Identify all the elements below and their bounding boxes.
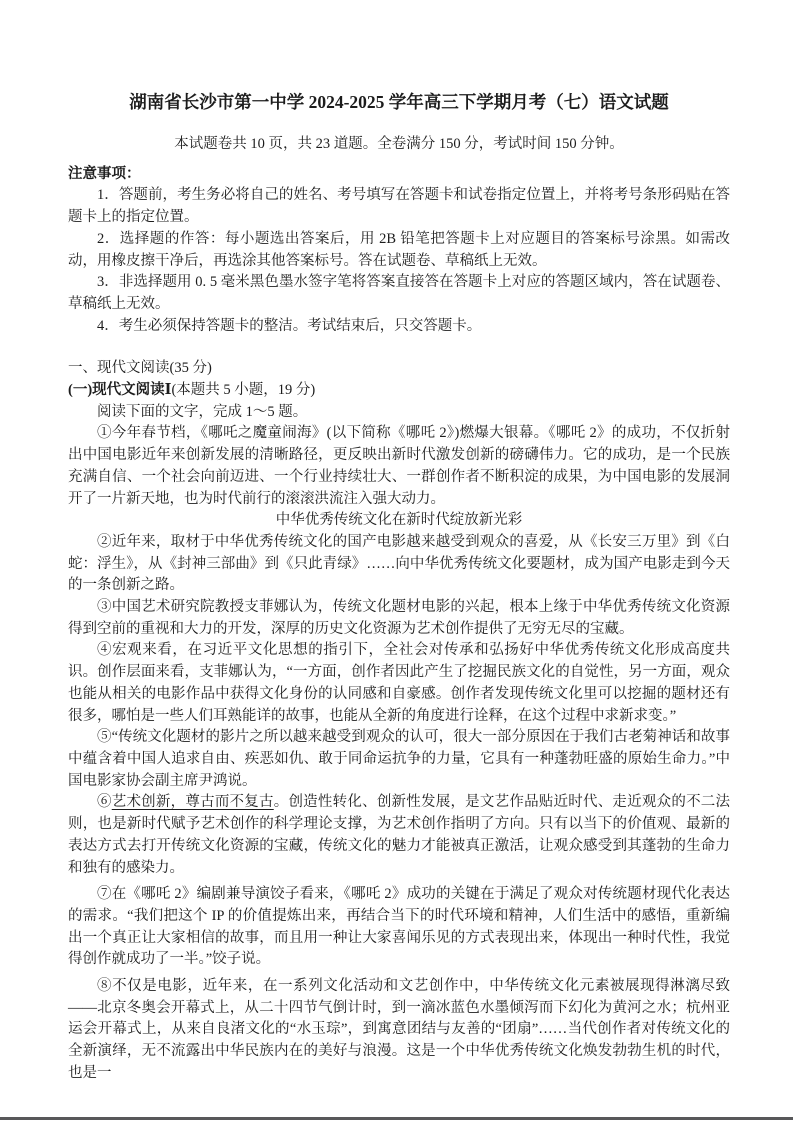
article-centered-heading: 中华优秀传统文化在新时代绽放新光彩	[68, 510, 730, 532]
article-paragraph-6: ⑥艺术创新，尊古而不复古。创造性转化、创新性发展，是文艺作品贴近时代、走近观众的…	[68, 792, 730, 879]
exam-paper-page: 湖南省长沙市第一中学 2024-2025 学年高三下学期月考（七）语文试题 本试…	[68, 90, 730, 1085]
paragraph-6-underlined-phrase: 艺术创新，尊古而不复古	[112, 794, 274, 810]
exam-meta-line: 本试题卷共 10 页，共 23 道题。全卷满分 150 分，考试时间 150 分…	[68, 134, 730, 156]
article-paragraph-5: ⑤“传统文化题材的影片之所以越来越受到观众的认可，很大一部分原因在于我们古老菊神…	[68, 727, 730, 792]
notice-item-4: 4．考生必须保持答题卡的整洁。考试结束后，只交答题卡。	[68, 316, 730, 338]
notice-header: 注意事项：	[68, 164, 730, 186]
subsection-title: (一)现代文阅读Ⅰ	[68, 382, 171, 398]
article-paragraph-7: ⑦在《哪吒 2》编剧兼导演饺子看来，《哪吒 2》成功的关键在于满足了观众对传统题…	[68, 884, 730, 971]
reading-instruction: 阅读下面的文字，完成 1～5 题。	[68, 402, 730, 424]
section-heading-modern-reading: 一、现代文阅读(35 分)	[68, 358, 730, 380]
article-paragraph-2: ②近年来，取材于中华优秀传统文化的国产电影越来越受到观众的喜爱，从《长安三万里》…	[68, 532, 730, 597]
article-paragraph-3: ③中国艺术研究院教授支菲娜认为，传统文化题材电影的兴起，根本上缘于中华优秀传统文…	[68, 597, 730, 640]
page-bottom-border	[0, 1117, 793, 1120]
subsection-note: (本题共 5 小题，19 分)	[171, 382, 315, 398]
article-paragraph-1: ①今年春节档，《哪吒之魔童闹海》(以下简称《哪吒 2》)燃爆大银幕。《哪吒 2》…	[68, 423, 730, 510]
article-paragraph-8: ⑧不仅是电影，近年来，在一系列文化活动和文艺创作中，中华传统文化元素被展现得淋漓…	[68, 976, 730, 1085]
subsection-heading: (一)现代文阅读Ⅰ(本题共 5 小题，19 分)	[68, 380, 730, 402]
article-paragraph-4: ④宏观来看，在习近平文化思想的指引下，全社会对传承和弘扬好中华优秀传统文化形成高…	[68, 640, 730, 727]
notice-item-2: 2．选择题的作答：每小题选出答案后，用 2B 铅笔把答题卡上对应题目的答案标号涂…	[68, 229, 730, 272]
page-title: 湖南省长沙市第一中学 2024-2025 学年高三下学期月考（七）语文试题	[68, 90, 730, 114]
notice-item-1: 1．答题前，考生务必将自己的姓名、考号填写在答题卡和试卷指定位置上，并将考号条形…	[68, 185, 730, 228]
paragraph-6-marker: ⑥	[97, 794, 112, 810]
notice-item-3: 3．非选择题用 0. 5 毫米黑色墨水签字笔将答案直接答在答题卡上对应的答题区域…	[68, 272, 730, 315]
